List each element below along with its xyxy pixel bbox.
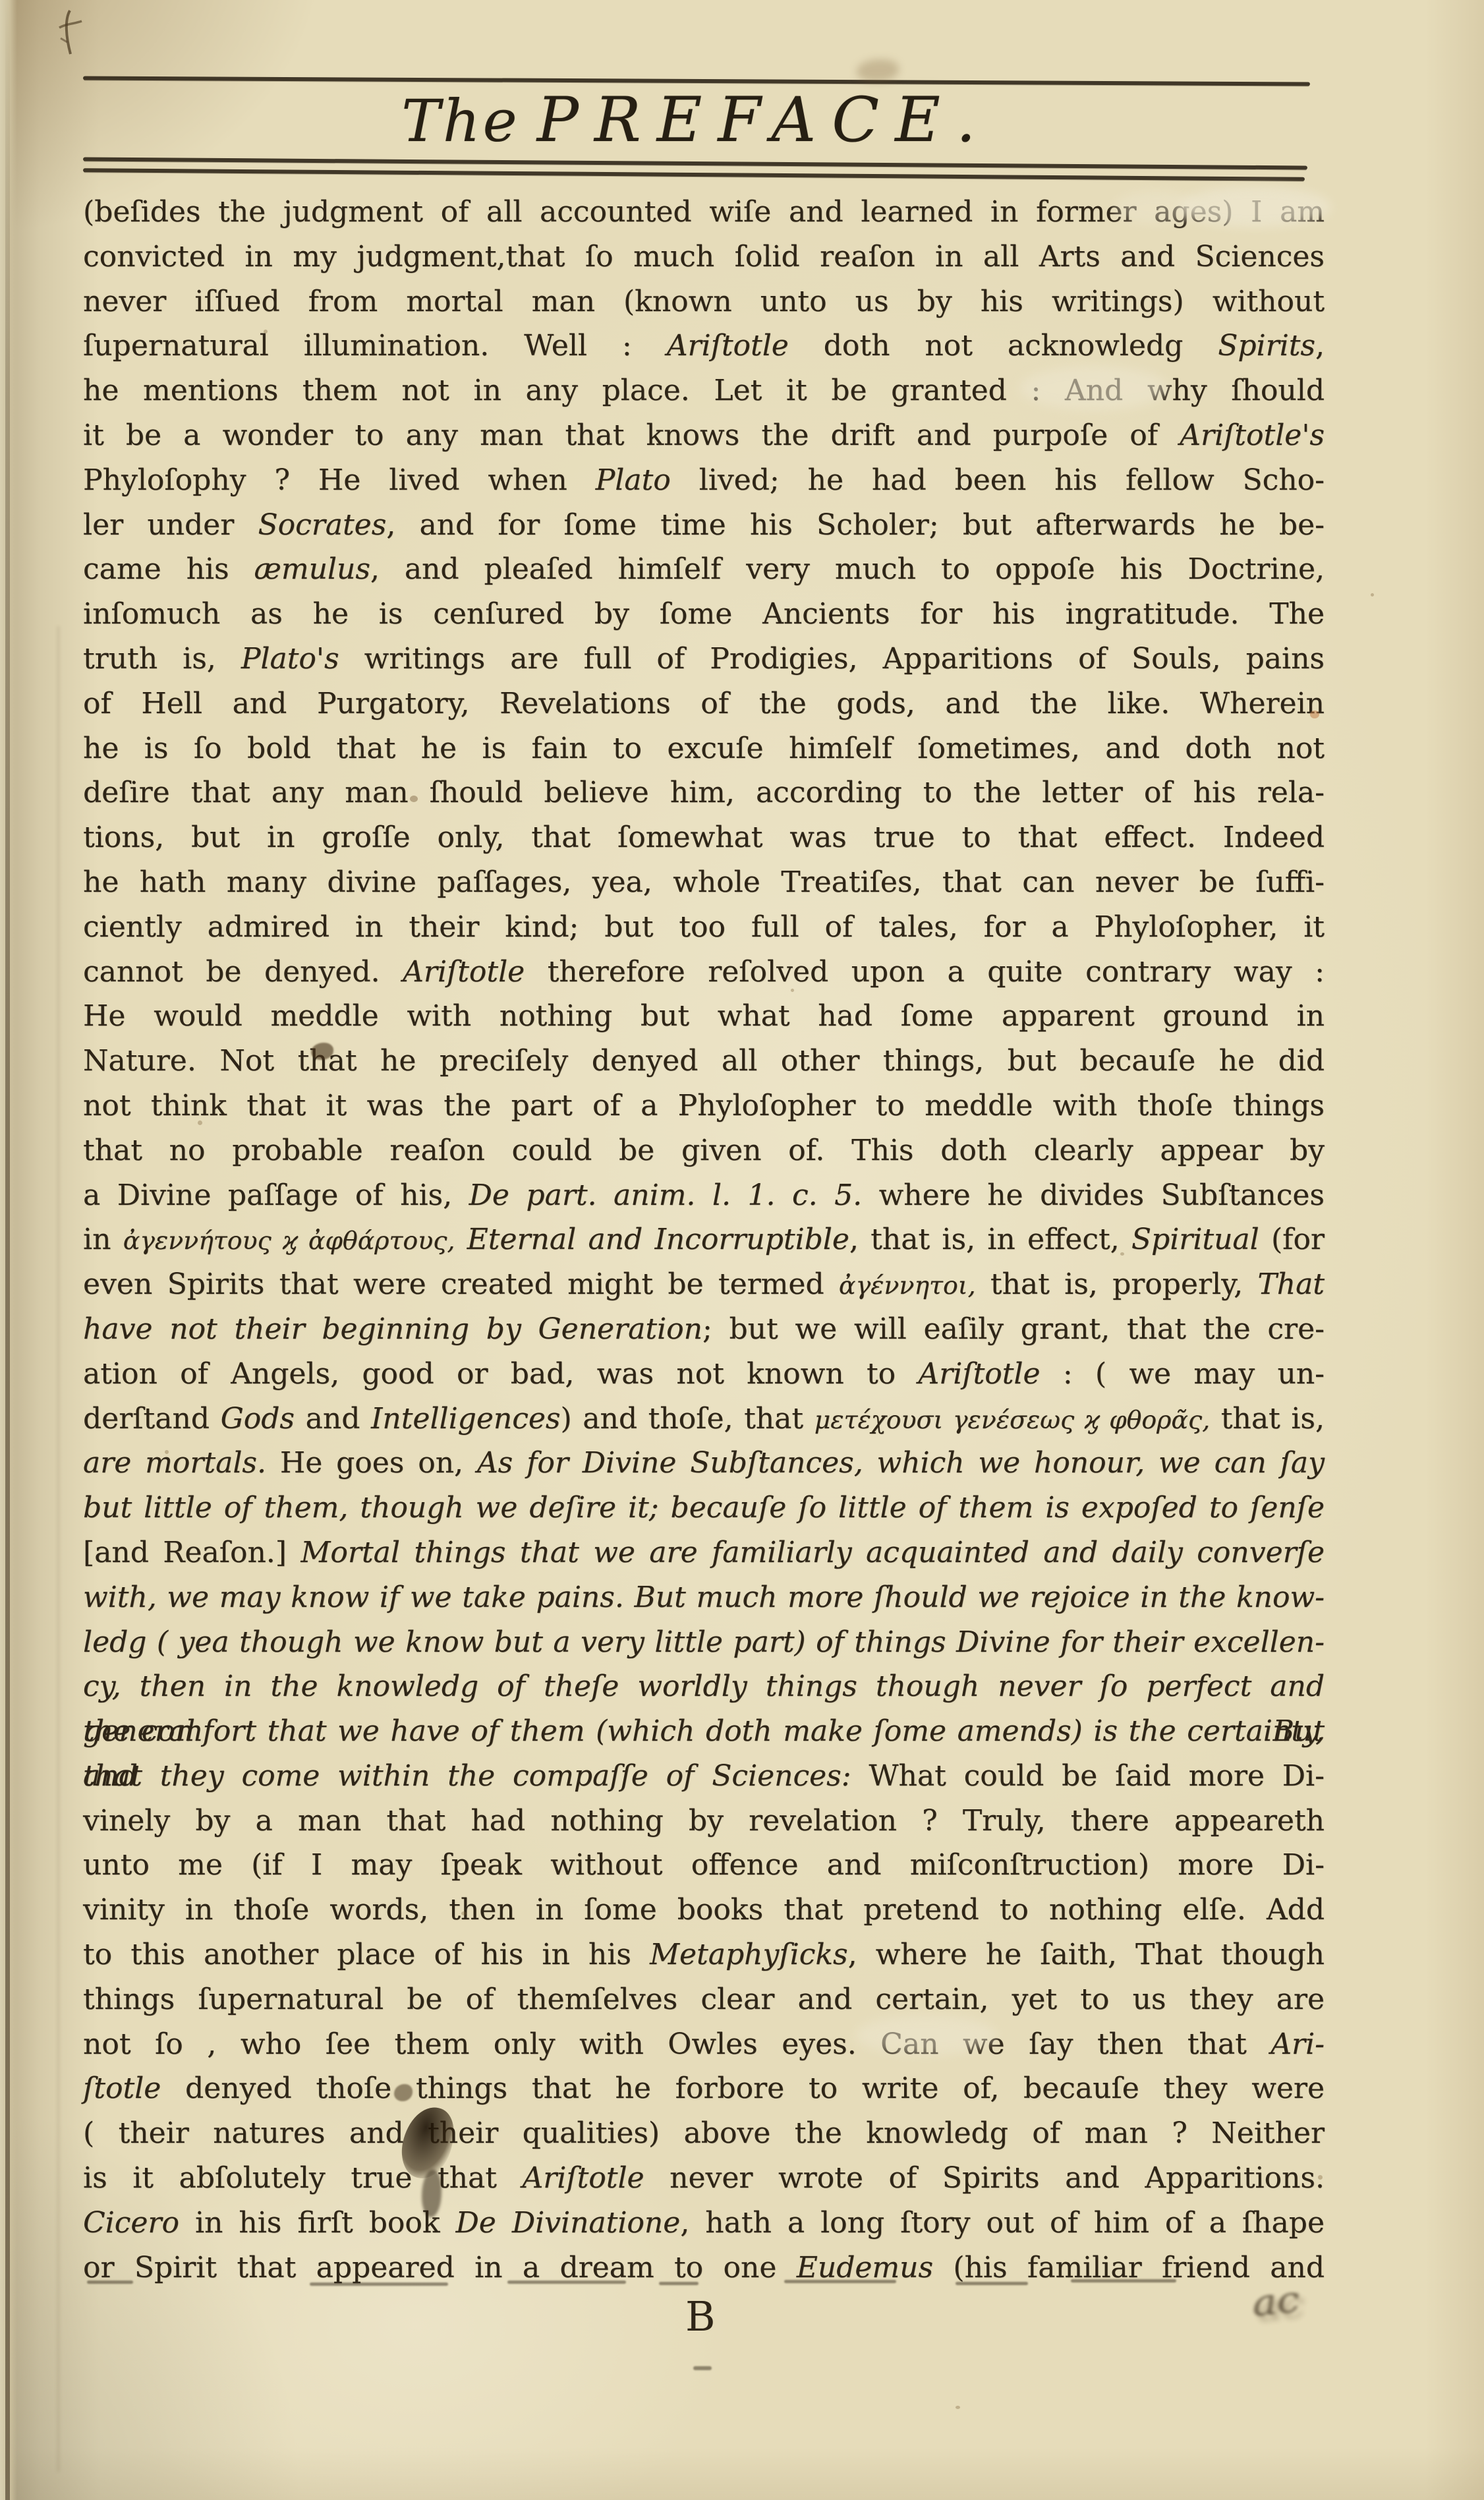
header-rule-mid-lower: [83, 168, 1305, 181]
page-title: ThePREFACE.: [83, 84, 1310, 156]
roman-text: , that is, in effect,: [849, 1223, 1131, 1256]
italic-text: Intelligences: [371, 1402, 560, 1436]
italic-text: Eudemus: [797, 2251, 933, 2284]
smudge: [857, 59, 899, 82]
text-line: to this another place of his in his Meta…: [83, 1933, 1325, 1977]
header-rule-mid-upper: [83, 158, 1307, 170]
roman-text: not think that it was the part of a Phyl…: [83, 1089, 1325, 1122]
text-line: unto me (if I may ſpeak without offence …: [83, 1843, 1325, 1888]
text-line: truth is, Plato's writings are full of P…: [83, 637, 1325, 682]
italic-text: Cicero: [83, 2206, 179, 2240]
roman-text: never wrote of Spirits and Apparitions.: [644, 2161, 1325, 2195]
roman-text: (for: [1259, 1223, 1325, 1256]
roman-text: Phyloſophy ? He lived when: [83, 463, 596, 497]
roman-text: that no probable reaſon could be given o…: [83, 1134, 1325, 1167]
text-line: ſtotle denyed thoſe things that he forbo…: [83, 2066, 1325, 2111]
print-fade: [1020, 366, 1168, 410]
text-line: is it abſolutely true that Ariſtotle nev…: [83, 2156, 1325, 2201]
roman-text: He would meddle with nothing but what ha…: [83, 999, 1325, 1033]
body-text: (beſides the judgment of all accounted w…: [83, 190, 1325, 2290]
text-line: convicted in my judgment,that ſo much ſo…: [83, 235, 1325, 279]
roman-text: never iſſued from mortal man (known unto…: [83, 285, 1325, 318]
text-line: not ſo , who ſee them only with Owles ey…: [83, 2022, 1325, 2067]
roman-text: and: [295, 1402, 371, 1436]
paper-speck: [1252, 1648, 1256, 1652]
text-line: things ſupernatural be of themſelves cle…: [83, 1977, 1325, 2022]
text-line: Nature. Not that he preciſely denyed all…: [83, 1039, 1325, 1084]
pen-mark: [53, 8, 87, 63]
roman-text: vinity in thoſe words, then in ſome book…: [83, 1893, 1325, 1927]
text-line: never iſſued from mortal man (known unto…: [83, 279, 1325, 324]
roman-text: derſtand: [83, 1402, 221, 1436]
roman-text: even Spirits that were created might be …: [83, 1267, 839, 1301]
text-line: ation of Angels, good or bad, was not kn…: [83, 1352, 1325, 1397]
text-line: cy, then in the knowledg of theſe worldl…: [83, 1664, 1325, 1709]
page-title-main: PREFACE.: [537, 84, 992, 156]
greek-text: ἀγεννήτους ϗ ἀφθάρτους,: [123, 1226, 455, 1255]
italic-text: Plato: [596, 463, 671, 497]
roman-text: ciently admired in their kind; but too f…: [83, 910, 1325, 944]
greek-text: μετέχουσι γενέσεως ϗ φθορᾶς,: [814, 1405, 1210, 1434]
text-line: inſomuch as he is cenſured by ſome Ancie…: [83, 592, 1325, 637]
paper-speck: [461, 1911, 467, 1915]
underline-dash: [784, 2280, 896, 2283]
text-line: ſupernatural illumination. Well : Ariſto…: [83, 324, 1325, 368]
text-line: that no probable reaſon could be given o…: [83, 1128, 1325, 1173]
text-line: have not their beginning by Generation; …: [83, 1307, 1325, 1352]
roman-text: he is ſo bold that he is fain to excuſe …: [83, 732, 1325, 765]
roman-text: vinely by a man that had nothing by reve…: [83, 1804, 1325, 1838]
italic-text: Ari-: [1270, 2027, 1325, 2061]
italic-text: but little of them, though we deſire it;…: [83, 1491, 1325, 1525]
roman-text: truth is,: [83, 642, 241, 676]
roman-text: inſomuch as he is cenſured by ſome Ancie…: [83, 597, 1325, 631]
italic-text: Ariſtotle: [667, 329, 789, 363]
roman-text: tions, but in groſſe only, that ſomewhat…: [83, 821, 1325, 854]
italic-text: have not their beginning by Generation: [83, 1312, 702, 1346]
roman-text: [and Reaſon.]: [83, 1536, 300, 1569]
roman-text: : ( we may un-: [1041, 1357, 1325, 1391]
paper-speck: [1310, 711, 1319, 718]
underline-dash: [310, 2282, 448, 2286]
italic-text: De part. anim. l. 1. c. 5.: [469, 1178, 862, 1212]
text-line: [and Reaſon.] Mortal things that we are …: [83, 1530, 1325, 1575]
roman-text: ler under: [83, 508, 258, 542]
roman-text: , where he ſaith, That though: [848, 1938, 1325, 1971]
italic-text: with, we may know if we take pains. But …: [83, 1581, 1325, 1614]
italic-text: Ariſtotle: [918, 1357, 1040, 1391]
roman-text: deſire that any man ſhould believe him, …: [83, 776, 1325, 809]
italic-text: Metaphyſicks: [650, 1938, 848, 1971]
italic-text: De Divinatione: [456, 2206, 681, 2240]
italic-text: Ariſtotle: [403, 955, 525, 989]
italic-text: are mortals.: [83, 1446, 266, 1480]
text-line: but little of them, though we deſire it;…: [83, 1486, 1325, 1530]
text-line: cannot be denyed. Ariſtotle therefore re…: [83, 950, 1325, 995]
text-line: Phyloſophy ? He lived when Plato lived; …: [83, 458, 1325, 503]
italic-text: As for Divine Subſtances, which we honou…: [477, 1446, 1325, 1480]
roman-text: ,: [1315, 329, 1325, 363]
paper-speck: [1318, 2175, 1323, 2180]
print-fade: [1114, 191, 1199, 224]
text-line: ledg ( yea though we know but a very lit…: [83, 1620, 1325, 1665]
roman-text: is it abſolutely true that: [83, 2161, 522, 2195]
roman-text: ation of Angels, good or bad, was not kn…: [83, 1357, 918, 1391]
text-line: ler under Socrates, and for ſome time hi…: [83, 503, 1325, 548]
italic-text: ſtotle: [83, 2072, 161, 2105]
text-line: he is ſo bold that he is fain to excuſe …: [83, 726, 1325, 771]
text-line: came his æmulus, and pleaſed himſelf ver…: [83, 547, 1325, 592]
paper-speck: [264, 330, 268, 334]
roman-text: therefore reſolved upon a quite contrary…: [525, 955, 1325, 989]
roman-text: a Divine paſſage of his,: [83, 1178, 469, 1212]
text-line: are mortals. He goes on, As for Divine S…: [83, 1441, 1325, 1486]
paper-speck: [791, 989, 794, 992]
italic-text: Socrates: [258, 508, 386, 542]
roman-text: Nature. Not that he preciſely denyed all…: [83, 1044, 1325, 1078]
text-line: in ἀγεννήτους ϗ ἀφθάρτους, Eternal and I…: [83, 1217, 1325, 1262]
roman-text: , hath a long ſtory out of him of a ſhap…: [680, 2206, 1325, 2240]
italic-text: Eternal and Incorruptible: [455, 1223, 849, 1256]
roman-text: it be a wonder to any man that knows the…: [83, 419, 1180, 452]
italic-text: Gods: [221, 1402, 295, 1436]
roman-text: , and pleaſed himſelf very much to oppoſ…: [370, 552, 1325, 586]
roman-text: convicted in my judgment,that ſo much ſo…: [83, 240, 1325, 274]
text-line: that they come within the compaſſe of Sc…: [83, 1754, 1325, 1799]
text-line: or Spirit that appeared in a dream to on…: [83, 2246, 1325, 2290]
paper-speck: [1371, 593, 1374, 596]
text-line: He would meddle with nothing but what ha…: [83, 994, 1325, 1039]
underline-dash: [87, 2281, 133, 2284]
italic-text: Ariſtotle: [522, 2161, 644, 2195]
roman-text: What could be ſaid more Di-: [851, 1759, 1325, 1793]
roman-text: unto me (if I may ſpeak without offence …: [83, 1848, 1325, 1882]
roman-text: to this another place of his in his: [83, 1938, 650, 1971]
text-line: deſire that any man ſhould believe him, …: [83, 770, 1325, 815]
greek-text: ἀγέννητοι,: [839, 1271, 976, 1300]
text-line: he hath many divine paſſages, yea, whole…: [83, 860, 1325, 905]
italic-text: That: [1257, 1267, 1325, 1301]
roman-text: in his firſt book: [179, 2206, 456, 2240]
italic-text: ledg ( yea though we know but a very lit…: [83, 1625, 1325, 1659]
paper-speck: [198, 1120, 202, 1125]
print-fade: [855, 2016, 997, 2055]
roman-text: , and for ſome time his Scholer; but aft…: [386, 508, 1325, 542]
text-line: derſtand Gods and Intelligences) and tho…: [83, 1397, 1325, 1441]
paper-speck: [1120, 1252, 1124, 1256]
italic-text: Plato's: [241, 642, 339, 676]
roman-text: came his: [83, 552, 254, 586]
text-line: with, we may know if we take pains. But …: [83, 1575, 1325, 1620]
paper-speck: [165, 1450, 169, 1454]
catchword-smudge: ac: [1250, 2278, 1301, 2324]
text-line: a Divine paſſage of his, De part. anim. …: [83, 1173, 1325, 1218]
roman-text: ſupernatural illumination. Well :: [83, 329, 667, 363]
roman-text: or Spirit that appeared in a dream to on…: [83, 2251, 797, 2284]
roman-text: ( their natures and their qualities) abo…: [83, 2116, 1325, 2150]
underline-dash: [956, 2282, 1028, 2285]
signature-flourish: [693, 2366, 712, 2370]
roman-text: ; but we will eaſily grant, that the cre…: [702, 1312, 1325, 1346]
italic-text: Ariſtotle's: [1180, 419, 1325, 452]
text-line: ( their natures and their qualities) abo…: [83, 2111, 1325, 2156]
paper-crease: [57, 626, 60, 2472]
underline-dash: [1071, 2279, 1176, 2282]
text-line: ciently admired in their kind; but too f…: [83, 905, 1325, 950]
roman-text: of Hell and Purgatory, Revelations of th…: [83, 687, 1325, 720]
roman-text: not ſo , who ſee them only with Owles ey…: [83, 2027, 1270, 2061]
text-line: not think that it was the part of a Phyl…: [83, 1084, 1325, 1128]
underline-dash: [507, 2281, 626, 2284]
italic-text: that they come within the compaſſe of Sc…: [83, 1759, 851, 1793]
italic-text: Spirits: [1218, 329, 1315, 363]
roman-text: he hath many divine paſſages, yea, whole…: [83, 865, 1325, 899]
text-line: of Hell and Purgatory, Revelations of th…: [83, 682, 1325, 726]
roman-text: ) and thoſe, that: [560, 1402, 814, 1436]
paper-speck: [410, 796, 418, 802]
roman-text: writings are full of Prodigies, Appariti…: [339, 642, 1325, 676]
text-line: Cicero in his firſt book De Divinatione,…: [83, 2201, 1325, 2246]
text-line: it be a wonder to any man that knows the…: [83, 413, 1325, 458]
signature-mark: B: [685, 2292, 716, 2340]
roman-text: doth not acknowledg: [789, 329, 1218, 363]
roman-text: cannot be denyed.: [83, 955, 403, 989]
roman-text: that is,: [1210, 1402, 1325, 1436]
text-line: vinely by a man that had nothing by reve…: [83, 1799, 1325, 1844]
roman-text: in: [83, 1223, 123, 1256]
text-line: even Spirits that were created might be …: [83, 1262, 1325, 1307]
roman-text: denyed thoſe things that he forbore to w…: [161, 2072, 1325, 2105]
scanned-book-page: { "title": { "lead": "The", "main": "PRE…: [0, 0, 1484, 2500]
italic-text: Spiritual: [1131, 1223, 1259, 1256]
roman-text: lived; he had been his fellow Scho-: [671, 463, 1325, 497]
page-edge-line: [5, 0, 10, 2500]
text-line: tions, but in groſſe only, that ſomewhat…: [83, 815, 1325, 860]
roman-text: where he divides Subſtances: [862, 1178, 1325, 1212]
text-line: vinity in thoſe words, then in ſome book…: [83, 1888, 1325, 1933]
page-title-lead: The: [401, 87, 519, 155]
text-line: the comfort that we have of them (which …: [83, 1709, 1325, 1754]
print-fade: [1180, 187, 1331, 227]
roman-text: that is, properly,: [976, 1267, 1258, 1301]
underline-dash: [659, 2282, 699, 2285]
paper-speck: [956, 2406, 960, 2409]
italic-text: Mortal things that we are familiarly acq…: [300, 1536, 1325, 1569]
roman-text: things ſupernatural be of themſelves cle…: [83, 1983, 1325, 2016]
italic-text: æmulus: [254, 552, 370, 586]
roman-text: He goes on,: [266, 1446, 477, 1480]
